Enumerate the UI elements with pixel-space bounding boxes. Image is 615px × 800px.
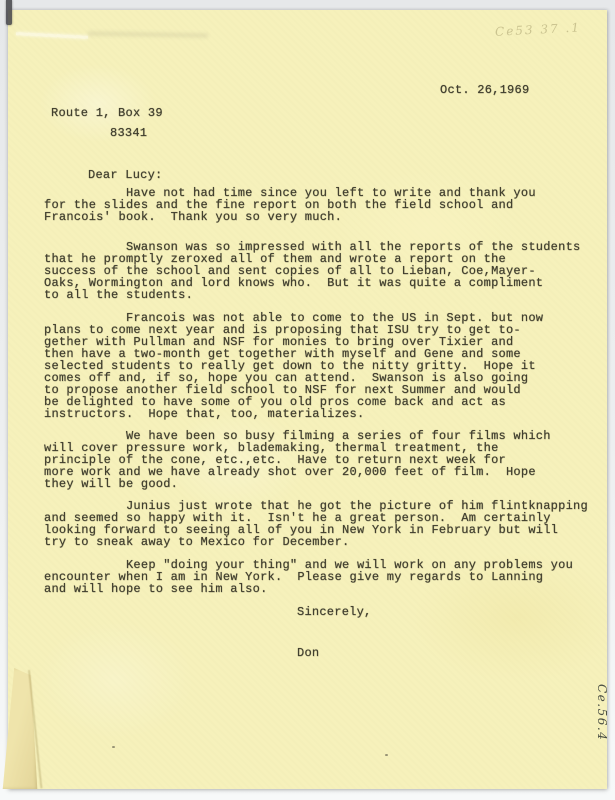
paragraph-4: We have been so busy filming a series of… <box>44 430 551 490</box>
folded-corner <box>2 668 38 789</box>
paper-smudge <box>88 31 208 38</box>
pencil-annotation: Ce53 37 .1 <box>495 19 606 39</box>
paragraph-5: Junius just wrote that he got the pictur… <box>44 500 588 548</box>
closing: Sincerely, <box>297 606 372 618</box>
paper-crease <box>16 32 88 39</box>
return-address-line2: 83341 <box>110 127 147 139</box>
paper-speck <box>385 754 388 756</box>
catalog-number-annotation: Ce.56.4 <box>596 684 609 750</box>
scan-edge-artifact <box>6 0 12 25</box>
letter-date: Oct. 26,1969 <box>440 84 529 96</box>
paragraph-2: Swanson was so impressed with all the re… <box>44 241 580 301</box>
signature: Don <box>297 647 319 659</box>
return-address-line1: Route 1, Box 39 <box>51 107 163 119</box>
scan-background: Ce53 37 .1 Oct. 26,1969 Route 1, Box 39 … <box>0 0 615 800</box>
salutation: Dear Lucy: <box>88 169 163 181</box>
paragraph-6: Keep "doing your thing" and we will work… <box>44 559 573 595</box>
paper-speck <box>112 746 115 748</box>
paragraph-1: Have not had time since you left to writ… <box>44 187 536 223</box>
letter-page: Ce53 37 .1 Oct. 26,1969 Route 1, Box 39 … <box>8 10 607 789</box>
paragraph-3: Francois was not able to come to the US … <box>44 312 543 420</box>
